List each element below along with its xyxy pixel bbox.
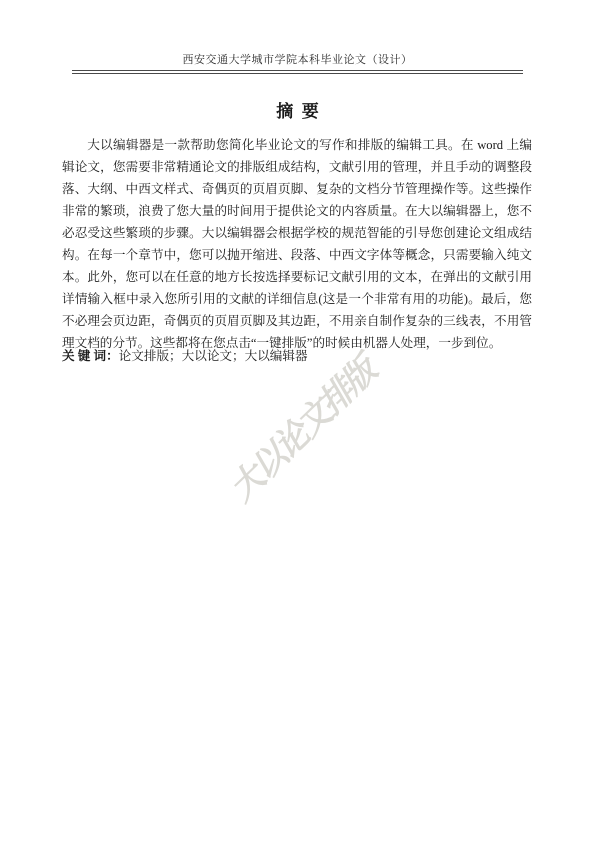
keywords-label: 关 键 词： [62,349,119,363]
keywords-text: 论文排版；大以论文；大以编辑器 [119,349,308,363]
watermark-text: 大以论文排版 [216,346,384,510]
abstract-paragraph: 大以编辑器是一款帮助您简化毕业论文的写作和排版的编辑工具。在 word 上编辑论… [62,134,532,354]
header-double-rule [72,70,523,74]
abstract-title: 摘 要 [0,97,595,122]
thesis-abstract-page: 西安交通大学城市学院本科毕业论文（设计） 摘 要 大以编辑器是一款帮助您简化毕业… [0,0,595,842]
running-header-title: 西安交通大学城市学院本科毕业论文（设计） [72,51,523,67]
keywords-line: 关 键 词：论文排版；大以论文；大以编辑器 [62,347,532,365]
